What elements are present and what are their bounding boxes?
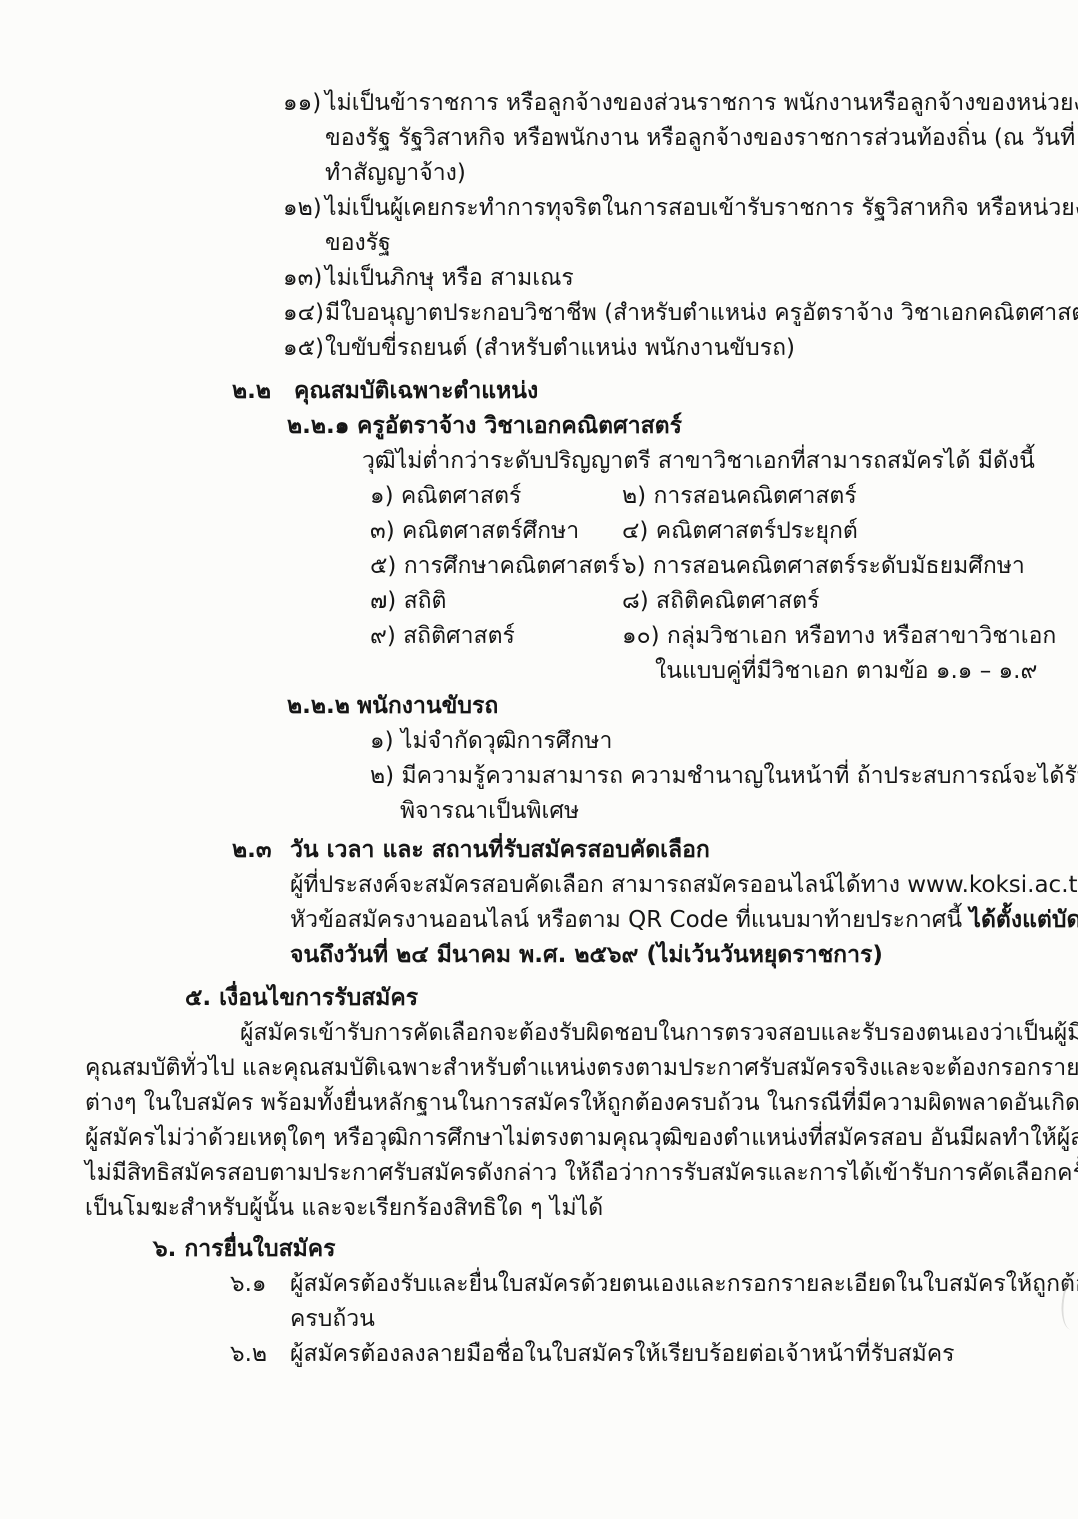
section-number: ๒.๒ [232, 374, 294, 409]
doc-line: ครบถ้วน [290, 1302, 1078, 1337]
section-title: พนักงานขับรถ [357, 689, 498, 724]
majors-row: ๓) คณิตศาสตร์ศึกษา ๔) คณิตศาสตร์ประยุกต์ [370, 514, 1078, 549]
major-item: ๑) คณิตศาสตร์ [370, 479, 622, 514]
section-number: ๒.๒.๒ [287, 689, 357, 724]
majors-intro-line: วุฒิไม่ต่ำกว่าระดับปริญญาตรี สาขาวิชาเอก… [362, 444, 1078, 479]
doc-line: มีใบอนุญาตประกอบวิชาชีพ (สำหรับตำแหน่ง ค… [325, 296, 1078, 331]
doc-line-bold-part: ได้ตั้งแต่บัดนี้ [969, 907, 1078, 933]
doc-line: คุณสมบัติทั่วไป และคุณสมบัติเฉพาะสำหรับต… [85, 1051, 1078, 1086]
section-2-2-2-heading: ๒.๒.๒ พนักงานขับรถ [287, 689, 1078, 724]
section-5-paragraph: ผู้สมัครเข้ารับการคัดเลือกจะต้องรับผิดชอ… [85, 1016, 1078, 1226]
doc-line: เป็นโมฆะสำหรับผู้นั้น และจะเรียกร้องสิทธ… [85, 1191, 1078, 1226]
qualification-item-14: ๑๔) มีใบอนุญาตประกอบวิชาชีพ (สำหรับตำแหน… [283, 296, 1078, 331]
section-number: ๒.๒.๑ [287, 409, 357, 444]
item-number: ๑๔) [283, 296, 325, 331]
majors-row: ๕) การศึกษาคณิตศาสตร์ ๖) การสอนคณิตศาสตร… [370, 549, 1078, 584]
major-item: ๗) สถิติ [370, 584, 622, 619]
section-title: คุณสมบัติเฉพาะตำแหน่ง [294, 374, 538, 409]
doc-line: ผู้สมัครเข้ารับการคัดเลือกจะต้องรับผิดชอ… [240, 1016, 1078, 1051]
majors-row: ๗) สถิติ ๘) สถิติคณิตศาสตร์ [370, 584, 1078, 619]
major-item: ๘) สถิติคณิตศาสตร์ [622, 584, 1078, 619]
item-number: ๑๑) [283, 86, 325, 191]
general-qualifications-list: ๑๑) ไม่เป็นข้าราชการ หรือลูกจ้างของส่วนร… [283, 86, 1078, 366]
section-6-items: ๖.๑ ผู้สมัครต้องรับและยื่นใบสมัครด้วยตนเ… [230, 1267, 1078, 1372]
doc-line: หัวข้อสมัครงานออนไลน์ หรือตาม QR Code ที… [290, 903, 1078, 938]
section-6-item-2: ๖.๒ ผู้สมัครต้องลงลายมือชื่อในใบสมัครให้… [230, 1337, 1078, 1372]
doc-line: ไม่เป็นข้าราชการ หรือลูกจ้างของส่วนราชกา… [325, 86, 1078, 121]
section-6-heading: ๖. การยื่นใบสมัคร [153, 1232, 1078, 1267]
major-item: ๖) การสอนคณิตศาสตร์ระดับมัธยมศึกษา [622, 549, 1078, 584]
doc-line: ใบขับขี่รถยนต์ (สำหรับตำแหน่ง พนักงานขับ… [325, 331, 1078, 366]
doc-line: ๑) ไม่จำกัดวุฒิการศึกษา [370, 724, 1078, 759]
doc-line: ไม่เป็นผู้เคยกระทำการทุจริตในการสอบเข้าร… [325, 191, 1078, 226]
doc-line: ๒) มีความรู้ความสามารถ ความชำนาญในหน้าที… [370, 759, 1078, 794]
major-item: ๓) คณิตศาสตร์ศึกษา [370, 514, 622, 549]
section-2-2-heading: ๒.๒ คุณสมบัติเฉพาะตำแหน่ง [232, 374, 1078, 409]
qualification-item-13: ๑๓) ไม่เป็นภิกษุ หรือ สามเณร [283, 261, 1078, 296]
doc-line: ไม่เป็นภิกษุ หรือ สามเณร [325, 261, 1078, 296]
doc-line: พิจารณาเป็นพิเศษ [400, 794, 1078, 829]
item-number: ๑๕) [283, 331, 325, 366]
section-title: ครูอัตราจ้าง วิชาเอกคณิตศาสตร์ [357, 409, 682, 444]
doc-line: ผู้สมัครต้องลงลายมือชื่อในใบสมัครให้เรีย… [290, 1337, 955, 1372]
qualification-item-12: ๑๒) ไม่เป็นผู้เคยกระทำการทุจริตในการสอบเ… [283, 191, 1078, 261]
doc-line-regular-part: หัวข้อสมัครงานออนไลน์ หรือตาม QR Code ที… [290, 907, 969, 933]
section-2-3-heading: ๒.๓ วัน เวลา และ สถานที่รับสมัครสอบคัดเล… [232, 833, 1078, 868]
doc-line: ผู้สมัครต้องรับและยื่นใบสมัครด้วยตนเองแล… [290, 1267, 1078, 1302]
item-number: ๖.๑ [230, 1267, 290, 1337]
majors-row: ๑) คณิตศาสตร์ ๒) การสอนคณิตศาสตร์ [370, 479, 1078, 514]
section-title: วัน เวลา และ สถานที่รับสมัครสอบคัดเลือก [290, 833, 710, 868]
major-item: ๑๐) กลุ่มวิชาเอก หรือทาง หรือสาขาวิชาเอก [622, 619, 1078, 654]
section-2-3: ๒.๓ วัน เวลา และ สถานที่รับสมัครสอบคัดเล… [0, 833, 1078, 973]
major-item: ๒) การสอนคณิตศาสตร์ [622, 479, 1078, 514]
majors-row: ๙) สถิติศาสตร์ ๑๐) กลุ่มวิชาเอก หรือทาง … [370, 619, 1078, 654]
section-number: ๒.๓ [232, 833, 290, 868]
qualification-item-15: ๑๕) ใบขับขี่รถยนต์ (สำหรับตำแหน่ง พนักงา… [283, 331, 1078, 366]
doc-line: ผู้สมัครไม่ว่าด้วยเหตุใดๆ หรือวุฒิการศึก… [85, 1121, 1078, 1156]
section-6-item-1: ๖.๑ ผู้สมัครต้องรับและยื่นใบสมัครด้วยตนเ… [230, 1267, 1078, 1337]
major-item: ๙) สถิติศาสตร์ [370, 619, 622, 654]
major-item: ๕) การศึกษาคณิตศาสตร์ [370, 549, 622, 584]
doc-line: ของรัฐ [325, 226, 1078, 261]
item-number: ๑๓) [283, 261, 325, 296]
section-2-3-body: ผู้ที่ประสงค์จะสมัครสอบคัดเลือก สามารถสม… [290, 868, 1078, 973]
doc-line: ไม่มีสิทธิสมัครสอบตามประกาศรับสมัครดังกล… [85, 1156, 1078, 1191]
section-5-heading: ๕. เงื่อนไขการรับสมัคร [185, 981, 1078, 1016]
item-number: ๖.๒ [230, 1337, 290, 1372]
major-item: ๔) คณิตศาสตร์ประยุกต์ [622, 514, 1078, 549]
qualification-item-11: ๑๑) ไม่เป็นข้าราชการ หรือลูกจ้างของส่วนร… [283, 86, 1078, 191]
item-number: ๑๒) [283, 191, 325, 261]
doc-line: ทำสัญญาจ้าง) [325, 156, 1078, 191]
doc-line: ของรัฐ รัฐวิสาหกิจ หรือพนักงาน หรือลูกจ้… [325, 121, 1078, 156]
section-2-2-1-heading: ๒.๒.๑ ครูอัตราจ้าง วิชาเอกคณิตศาสตร์ [287, 409, 1078, 444]
eligible-majors-list: ๑) คณิตศาสตร์ ๒) การสอนคณิตศาสตร์ ๓) คณิ… [370, 479, 1078, 689]
doc-line: ต่างๆ ในใบสมัคร พร้อมทั้งยื่นหลักฐานในกา… [85, 1086, 1078, 1121]
doc-line: ผู้ที่ประสงค์จะสมัครสอบคัดเลือก สามารถสม… [290, 868, 1078, 903]
scanned-document-page: ๑๑) ไม่เป็นข้าราชการ หรือลูกจ้างของส่วนร… [0, 0, 1078, 1519]
driver-requirements-list: ๑) ไม่จำกัดวุฒิการศึกษา ๒) มีความรู้ความ… [370, 724, 1078, 829]
doc-line-bold: จนถึงวันที่ ๒๔ มีนาคม พ.ศ. ๒๕๖๙ (ไม่เว้น… [290, 938, 1078, 973]
major-item-10-continuation: ในแบบคู่ที่มีวิชาเอก ตามข้อ ๑.๑ – ๑.๙ [655, 654, 1078, 689]
